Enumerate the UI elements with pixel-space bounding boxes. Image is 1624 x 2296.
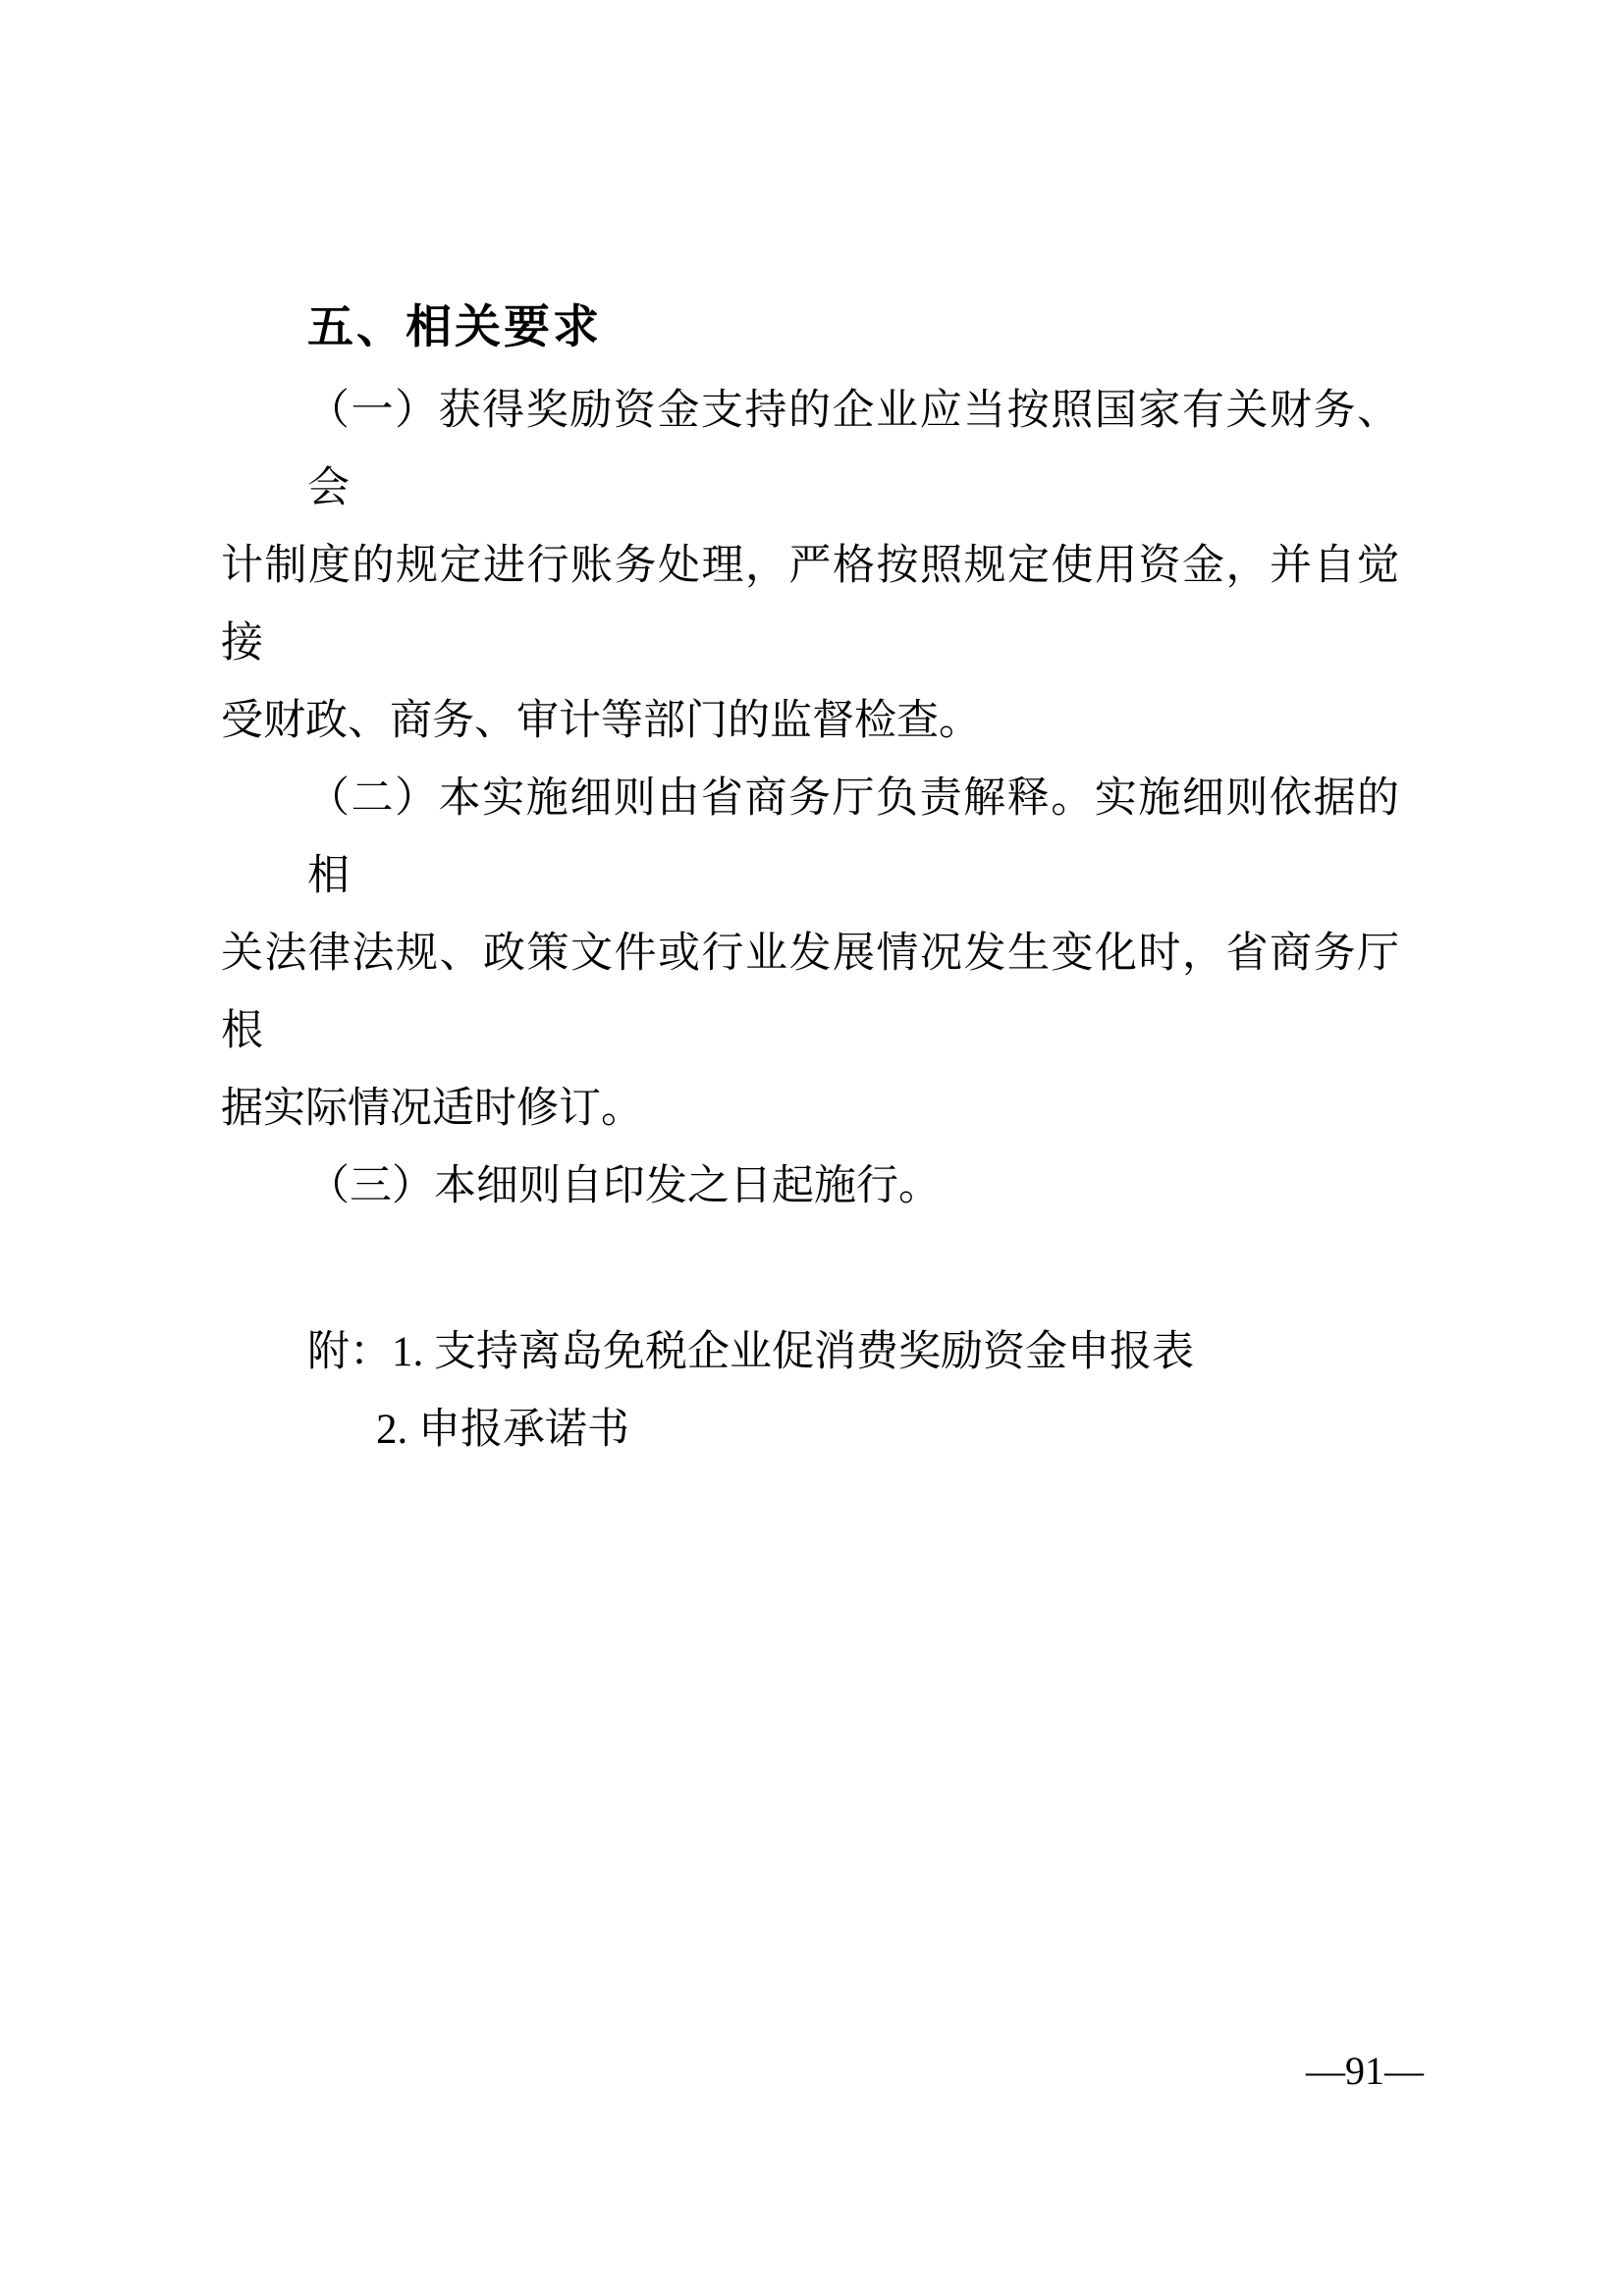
paragraph-line: 受财政、商务、审计等部门的监督检查。 [221,682,1399,760]
paragraph-line: 计制度的规定进行账务处理，严格按照规定使用资金，并自觉接 [221,527,1399,682]
paragraph-2: （二）本实施细则由省商务厅负责解释。实施细则依据的相 关法律法规、政策文件或行业… [221,760,1399,1148]
paragraph-line: 据实际情况适时修订。 [221,1070,1399,1148]
paragraph-3: （三）本细则自印发之日起施行。 [221,1148,1399,1225]
attachment-item-2: 2. 申报承诺书 [221,1391,1399,1468]
section-heading: 五、相关要求 [221,288,1399,365]
paragraph-1: （一）获得奖励资金支持的企业应当按照国家有关财务、会 计制度的规定进行账务处理，… [221,372,1399,760]
document-body: 五、相关要求 （一）获得奖励资金支持的企业应当按照国家有关财务、会 计制度的规定… [221,288,1399,1468]
paragraph-line: （三）本细则自印发之日起施行。 [221,1148,1399,1225]
document-page: 五、相关要求 （一）获得奖励资金支持的企业应当按照国家有关财务、会 计制度的规定… [0,0,1624,2296]
paragraph-line: （二）本实施细则由省商务厅负责解释。实施细则依据的相 [221,760,1399,915]
attachment-item-1: 附：1. 支持离岛免税企业促消费奖励资金申报表 [221,1313,1399,1391]
attachment-list: 附：1. 支持离岛免税企业促消费奖励资金申报表 2. 申报承诺书 [221,1313,1399,1468]
paragraph-line: 关法律法规、政策文件或行业发展情况发生变化时，省商务厅根 [221,915,1399,1070]
page-number: —91— [1306,2052,1424,2091]
paragraph-line: （一）获得奖励资金支持的企业应当按照国家有关财务、会 [221,372,1399,527]
